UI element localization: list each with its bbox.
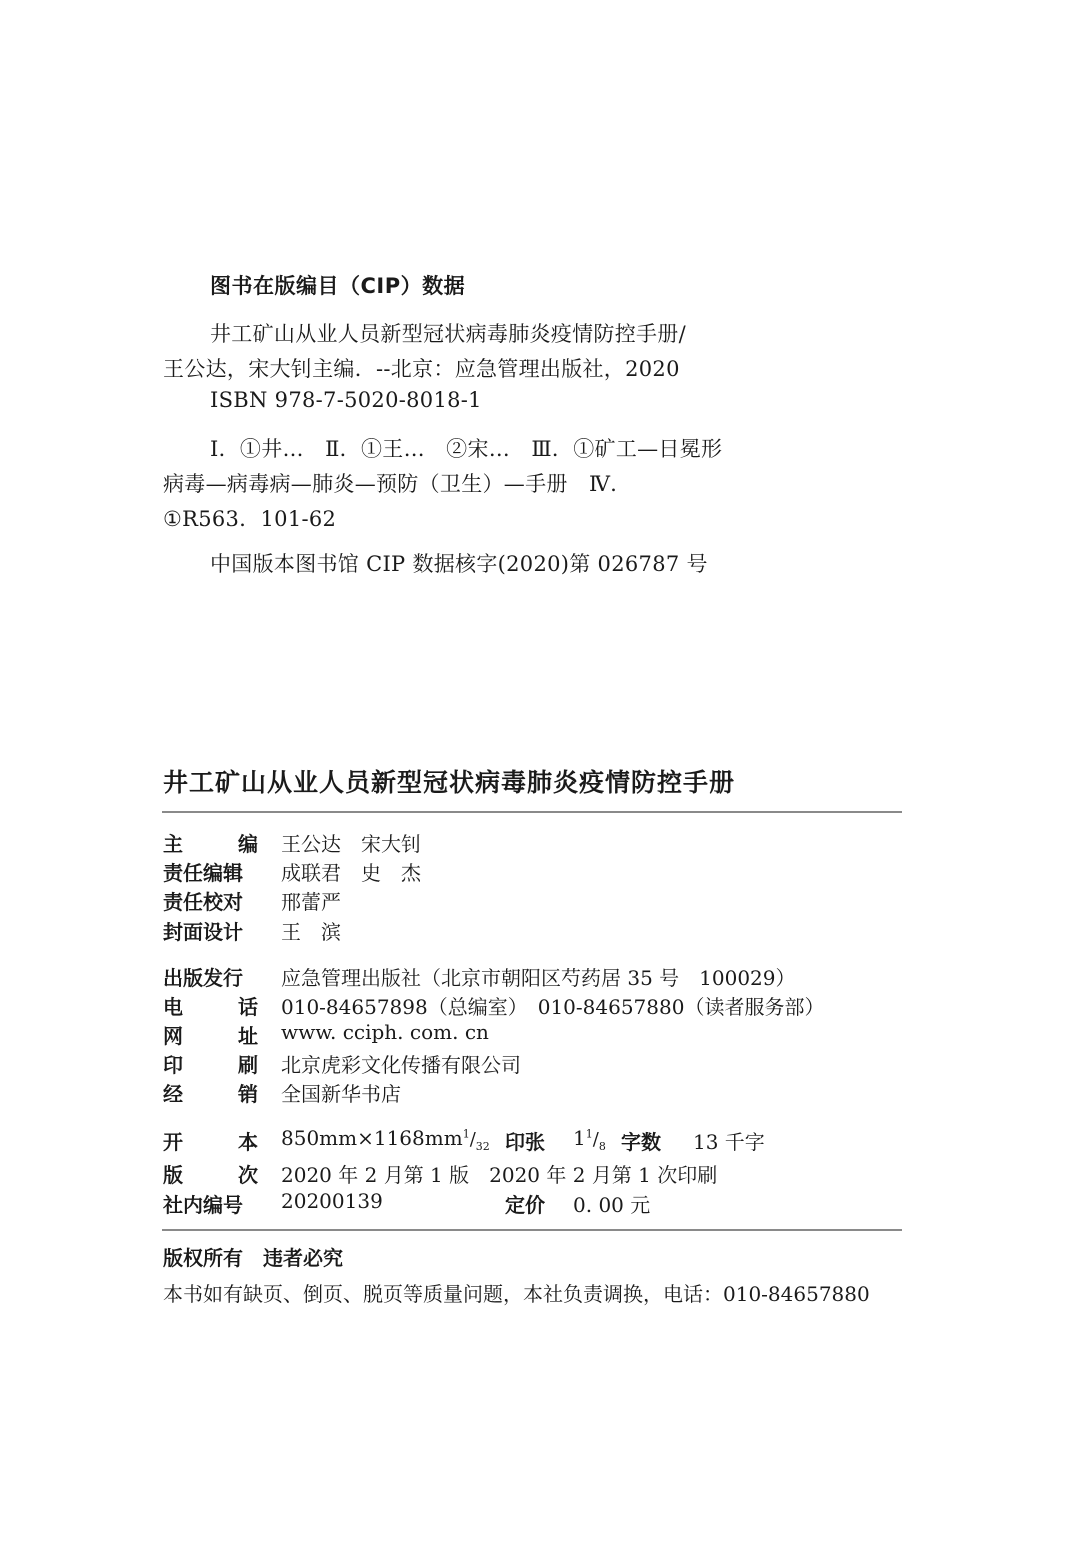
- pub-label: 经销: [163, 1078, 258, 1107]
- cip-subject-line-2: 病毒—病毒病—肺炎—预防（卫生）—手册 Ⅳ．: [163, 468, 632, 498]
- credit-value: 王 滨: [281, 916, 341, 945]
- edition-value: 2020 年 2 月第 1 版 2020 年 2 月第 1 次印刷: [281, 1159, 717, 1188]
- book-title: 井工矿山从业人员新型冠状病毒肺炎疫情防控手册: [163, 763, 735, 799]
- internal-code-value: 20200139: [281, 1189, 383, 1213]
- spec-label: 社内编号: [163, 1189, 258, 1218]
- word-count-label: 字数: [621, 1126, 661, 1155]
- credit-value: 成联君 史 杰: [281, 857, 421, 886]
- pub-label: 网址: [163, 1020, 258, 1049]
- cip-isbn-line: ISBN 978-7-5020-8018-1: [210, 388, 482, 412]
- pub-website-link: www. cciph. com. cn: [281, 1020, 489, 1044]
- cip-heading: 图书在版编目（CIP）数据: [210, 270, 465, 300]
- spec-label: 开本: [163, 1126, 258, 1155]
- word-count-value: 13 千字: [693, 1126, 765, 1155]
- copyright-rule: [162, 1229, 902, 1231]
- pub-label: 出版发行: [163, 962, 258, 991]
- price-value: 0. 00 元: [573, 1189, 650, 1218]
- pub-value: 010-84657898（总编室） 010-84657880（读者服务部）: [281, 991, 824, 1020]
- spec-format-value: 850mm×1168mm1/32: [281, 1126, 490, 1153]
- spec-label: 版次: [163, 1159, 258, 1188]
- cip-editors-line: 王公达，宋大钊主编．--北京：应急管理出版社，2020: [163, 353, 680, 383]
- pub-label: 印刷: [163, 1049, 258, 1078]
- title-rule: [162, 811, 902, 813]
- cip-title-line: 井工矿山从业人员新型冠状病毒肺炎疫情防控手册/: [210, 318, 686, 348]
- sheets-value: 11/8: [573, 1126, 606, 1153]
- copyright-note: 本书如有缺页、倒页、脱页等质量问题，本社负责调换，电话：010-84657880: [163, 1278, 870, 1307]
- cip-subject-line-1: Ⅰ．①井… Ⅱ．①王… ②宋… Ⅲ．①矿工—日冕形: [210, 433, 722, 463]
- cip-classification-line: ①R563．101-62: [163, 503, 336, 533]
- credit-label: 封面设计: [163, 916, 258, 945]
- credit-value: 邢蕾严: [281, 886, 341, 915]
- credit-label: 责任编辑: [163, 857, 258, 886]
- price-label: 定价: [505, 1189, 545, 1218]
- credit-value: 王公达 宋大钊: [281, 828, 421, 857]
- copyright-heading: 版权所有 违者必究: [163, 1242, 343, 1271]
- pub-label: 电话: [163, 991, 258, 1020]
- credit-label: 主编: [163, 828, 258, 857]
- pub-value: 应急管理出版社（北京市朝阳区芍药居 35 号 100029）: [281, 962, 796, 991]
- cip-record-number: 中国版本图书馆 CIP 数据核字(2020)第 026787 号: [210, 548, 708, 578]
- pub-value: 北京虎彩文化传播有限公司: [281, 1049, 521, 1078]
- pub-value: 全国新华书店: [281, 1078, 401, 1107]
- credit-label: 责任校对: [163, 886, 258, 915]
- sheets-label: 印张: [505, 1126, 545, 1155]
